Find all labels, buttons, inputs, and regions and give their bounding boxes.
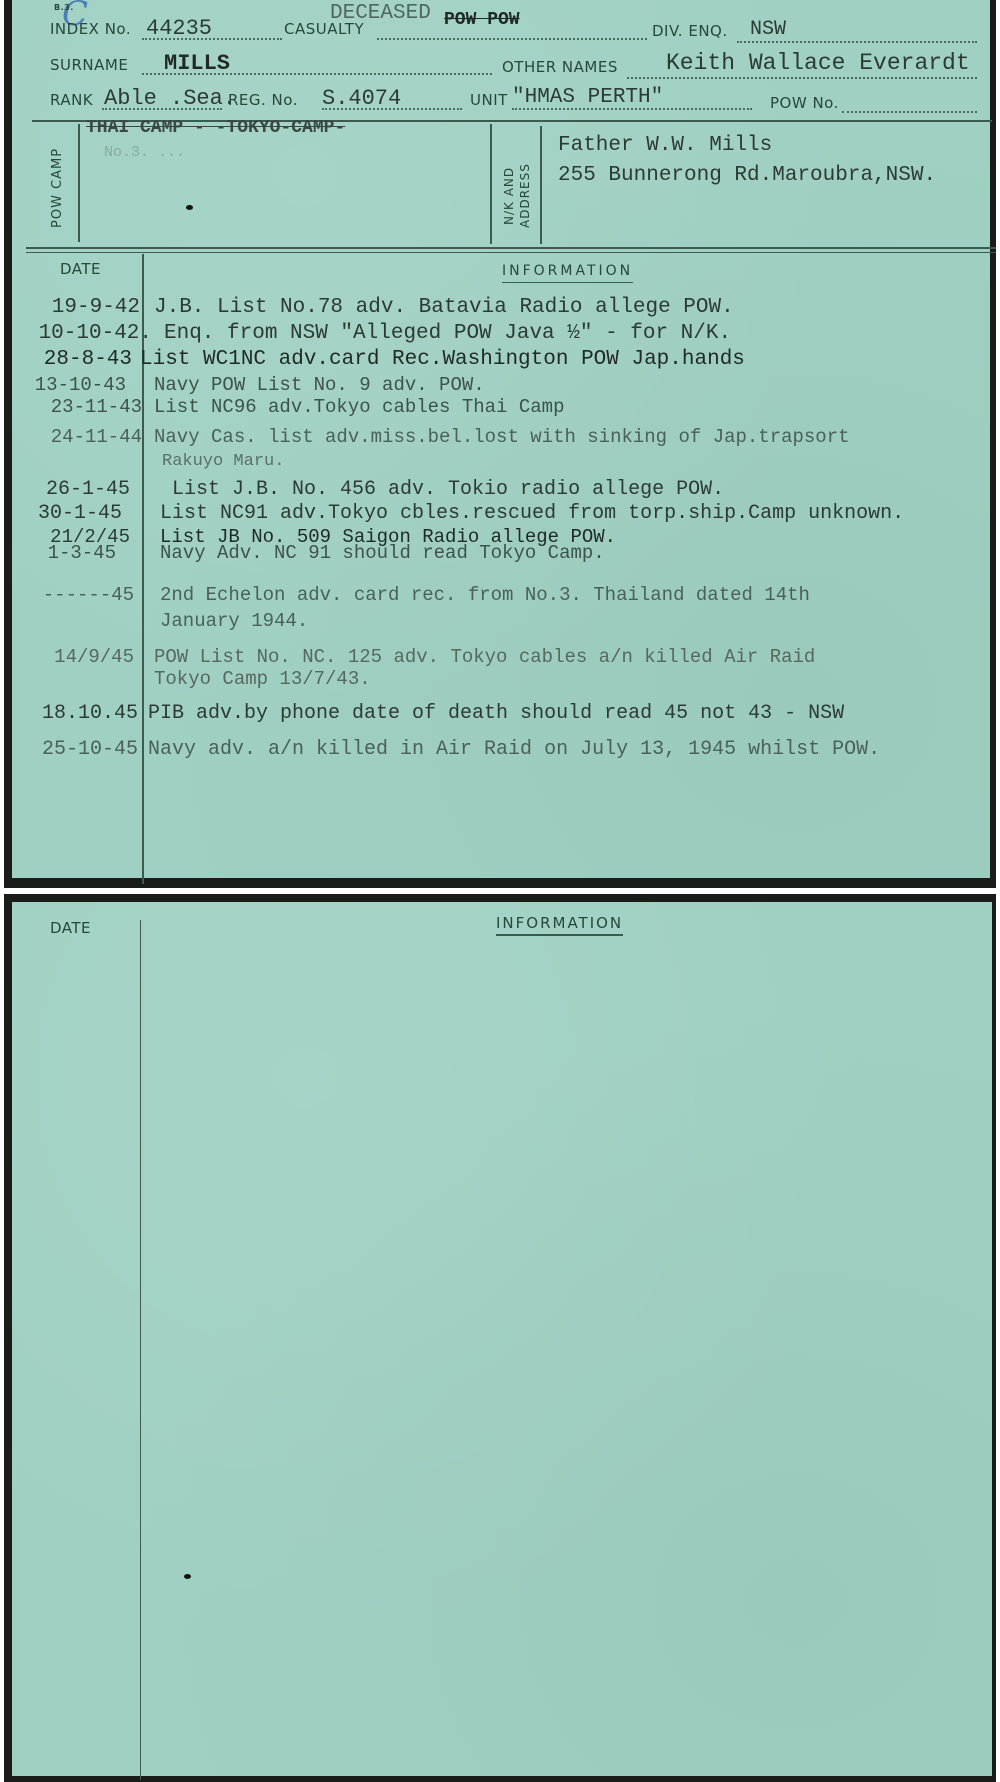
table-row: 26-1-45 List J.B. No. 456 adv. Tokio rad…: [12, 478, 992, 502]
nok-label-line2: ADDRESS: [518, 163, 532, 228]
back-date-column-divider: [140, 920, 141, 1780]
row-info: PIB adv.by phone date of death should re…: [148, 702, 844, 725]
casualty-struck-text: POW POW: [444, 10, 520, 30]
pow-no-label: POW No.: [770, 94, 839, 112]
punch-hole: [184, 1574, 191, 1579]
table-row: 30-1-45 List NC91 adv.Tokyo cbles.rescue…: [12, 502, 1000, 526]
row-info: Navy Cas. list adv.miss.bel.lost with si…: [154, 426, 850, 448]
row-date: 1-3-45: [48, 542, 116, 564]
other-names-value: Keith Wallace Everardt: [666, 50, 970, 76]
other-names-label: OTHER NAMES: [502, 58, 618, 76]
pow-camp-value: THAI CAMP - -TOKYO-CAMP-: [86, 118, 345, 138]
div-enq-value: NSW: [750, 18, 786, 41]
table-row: Tokyo Camp 13/7/43.: [12, 668, 992, 690]
row-info: List NC91 adv.Tokyo cbles.rescued from t…: [160, 502, 904, 525]
row-info: List WC1NC adv.card Rec.Washington POW J…: [140, 348, 745, 371]
row-date: 19-9-42: [52, 296, 140, 319]
reg-no-label: REG. No.: [228, 91, 298, 109]
row-date: 30-1-45: [38, 502, 122, 525]
date-header: DATE: [60, 260, 101, 278]
unit-value: "HMAS PERTH": [512, 86, 663, 109]
table-row: ------45 2nd Echelon adv. card rec. from…: [12, 584, 992, 608]
unit-label: UNIT: [470, 91, 508, 109]
row-info: Tokyo Camp 13/7/43.: [154, 668, 371, 690]
surname-label: SURNAME: [50, 56, 128, 74]
table-row: 10-10-42. Enq. from NSW "Alleged POW Jav…: [12, 322, 992, 348]
nok-line2: 255 Bunnerong Rd.Maroubra,NSW.: [558, 164, 936, 187]
pow-camp-faint-text: No.3. ...: [104, 144, 185, 161]
row-date: 23-11-43: [51, 396, 142, 418]
row-info: POW List No. NC. 125 adv. Tokyo cables a…: [154, 646, 815, 668]
table-row: 13-10-43 Navy POW List No. 9 adv. POW.: [12, 374, 992, 396]
rank-label: RANK: [50, 91, 93, 109]
table-row: 1-3-45 Navy Adv. NC 91 should read Tokyo…: [12, 542, 992, 564]
row-info: Navy Adv. NC 91 should read Tokyo Camp.: [160, 542, 605, 564]
form-code: B.3.: [54, 3, 74, 12]
row-date: 24-11-44: [51, 426, 142, 448]
row-date: 26-1-45: [46, 478, 130, 501]
row-date: 25-10-45: [42, 738, 138, 761]
row-info: Navy POW List No. 9 adv. POW.: [154, 374, 485, 396]
row-info: January 1944.: [160, 610, 308, 632]
nok-line1: Father W.W. Mills: [558, 134, 772, 157]
row-info: Navy adv. a/n killed in Air Raid on July…: [148, 738, 880, 761]
table-row: 25-10-45 Navy adv. a/n killed in Air Rai…: [12, 738, 992, 764]
div-enq-label: DIV. ENQ.: [652, 22, 728, 40]
row-info: J.B. List No.78 adv. Batavia Radio alleg…: [154, 296, 734, 319]
table-row: Rakuyo Maru.: [12, 452, 992, 474]
punch-hole: [186, 205, 193, 210]
row-info: 2nd Echelon adv. card rec. from No.3. Th…: [160, 584, 810, 606]
nok-label-line1: N/K AND: [502, 167, 516, 225]
index-label: INDEX No.: [50, 20, 131, 38]
record-card-back: DATE INFORMATION: [4, 894, 996, 1782]
info-header: INFORMATION: [502, 263, 633, 283]
back-date-header: DATE: [50, 919, 91, 937]
row-info: Enq. from NSW "Alleged POW Java ½" - for…: [164, 322, 731, 345]
row-date: 14/9/45: [54, 646, 134, 668]
row-date: ------45: [43, 584, 134, 606]
record-card-front: C B.3. INDEX No. 44235 CASUALTY DECEASED…: [4, 0, 996, 888]
row-date: 18.10.45: [42, 702, 138, 725]
row-info: List NC96 adv.Tokyo cables Thai Camp: [154, 396, 564, 418]
casualty-value: DECEASED: [330, 2, 431, 25]
pow-camp-label: POW CAMP: [50, 148, 65, 228]
row-date: 10-10-42.: [39, 322, 152, 345]
row-date: 13-10-43: [35, 374, 126, 396]
table-row: 14/9/45 POW List No. NC. 125 adv. Tokyo …: [12, 646, 992, 670]
table-row: 19-9-42 J.B. List No.78 adv. Batavia Rad…: [12, 296, 992, 322]
table-row: 23-11-43 List NC96 adv.Tokyo cables Thai…: [12, 396, 992, 420]
back-info-header: INFORMATION: [496, 914, 623, 936]
table-row: 28-8-43 List WC1NC adv.card Rec.Washingt…: [12, 348, 992, 374]
table-row: January 1944.: [12, 610, 992, 632]
table-row: 18.10.45 PIB adv.by phone date of death …: [12, 702, 992, 728]
row-info: List J.B. No. 456 adv. Tokio radio alleg…: [172, 478, 724, 501]
table-row: 24-11-44 Navy Cas. list adv.miss.bel.los…: [12, 426, 1000, 450]
row-info: Rakuyo Maru.: [162, 452, 284, 471]
row-date: 28-8-43: [44, 348, 132, 371]
